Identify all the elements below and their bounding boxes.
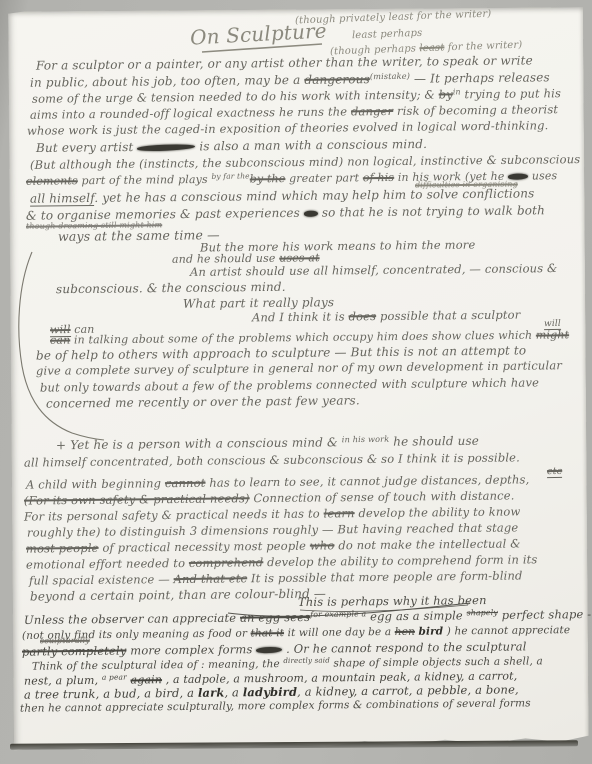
handwritten-line: An artist should use all himself, concen…	[190, 263, 558, 278]
handwritten-text: full spacial existence —	[29, 572, 174, 588]
handwritten-text: bird	[418, 625, 443, 637]
struck-word: comprehend	[189, 555, 264, 570]
handwritten-text: directly said	[283, 656, 330, 665]
handwritten-text: . yet he has a conscious mind which may …	[94, 186, 534, 205]
handwritten-text: (though privately least for the writer)	[295, 9, 492, 27]
struck-word: learn	[324, 506, 355, 520]
handwritten-line: beyond a certain point, than are colour-…	[30, 587, 326, 602]
handwritten-text: whose work is just the caged-in expositi…	[27, 118, 549, 137]
handwritten-text: , a	[224, 685, 243, 699]
handwritten-text: has to learn to see, it cannot judge dis…	[205, 472, 529, 489]
handwritten-text: egg as a simple	[366, 608, 466, 623]
struck-word: (For its own safety & practical needs)	[24, 491, 250, 507]
handwritten-line: For a sculptor or a painter, or any arti…	[36, 54, 533, 71]
handwritten-line: give a complete survey of sculpture in g…	[36, 360, 562, 377]
struck-word: most people	[26, 541, 99, 556]
handwritten-text: ways at the same time —	[58, 227, 220, 244]
handwritten-text: develop the ability to know	[355, 504, 521, 520]
handwritten-text: emotional effort needed to	[26, 556, 189, 572]
handwritten-text: all himself concentrated, both conscious…	[24, 450, 520, 469]
handwritten-text: in his work	[342, 433, 390, 443]
handwritten-text: . Or he cannot respond to the sculptural	[282, 639, 526, 656]
handwritten-text: in public, about his job, too often, may…	[30, 73, 304, 90]
handwritten-text: by far the	[211, 171, 249, 180]
struck-word: who	[310, 538, 335, 552]
handwritten-text: for the writer)	[444, 40, 522, 54]
handwritten-text: Connection of sense of touch with distan…	[250, 488, 515, 505]
handwritten-text: For its personal safety & practical need…	[24, 506, 324, 523]
handwritten-text: risk of becoming a theorist	[393, 102, 558, 118]
struck-word: difficulties in organising	[415, 179, 518, 189]
struck-word: shapely	[467, 608, 498, 617]
handwritten-text: he should use	[389, 434, 479, 449]
struck-word: again	[130, 673, 162, 686]
struck-word: elements	[26, 174, 78, 188]
scribble-blot	[137, 143, 195, 152]
handwritten-text: What part it really plays	[183, 295, 334, 311]
handwritten-text: shape of simple objects such a shell, a	[330, 655, 543, 669]
handwritten-line: And I think it is does possible that a s…	[252, 310, 520, 324]
handwritten-line: but only towards about a few of the prob…	[40, 377, 539, 394]
struck-word: least	[419, 42, 444, 54]
struck-word: an egg sees	[240, 610, 310, 625]
handwritten-line: in public, about his job, too often, may…	[30, 71, 550, 88]
struck-word: by the	[250, 172, 286, 185]
handwritten-text: subconscious. & the conscious mind.	[56, 280, 286, 296]
handwritten-text: Think of the sculptural idea of : meanin…	[32, 658, 283, 673]
handwritten-text: it will one day be a	[284, 626, 395, 639]
handwritten-text: all himself	[30, 191, 95, 207]
handwritten-text: concerned me recently or over the past f…	[46, 393, 360, 410]
handwritten-text: is also a man with a conscious mind.	[195, 137, 427, 153]
struck-word: dangerous	[304, 72, 370, 87]
struck-word: of his	[363, 171, 394, 184]
struck-word: by	[439, 87, 453, 101]
handwritten-text: beyond a certain point, than are colour-…	[30, 586, 326, 603]
struck-word: cannot	[165, 476, 206, 490]
handwritten-line: all himself. yet he has a conscious mind…	[30, 187, 535, 204]
handwritten-text: but only towards about a few of the prob…	[40, 375, 539, 394]
handwritten-text: for example a	[310, 609, 366, 619]
handwritten-text: An artist should use all himself, concen…	[190, 261, 558, 279]
handwritten-text: possible that a sculptor	[376, 308, 520, 324]
handwritten-line: etc	[547, 467, 562, 477]
handwritten-line: What part it really plays	[183, 296, 334, 310]
handwritten-line: difficulties in organising	[415, 180, 518, 189]
handwritten-line: But every artist is also a man with a co…	[36, 138, 427, 154]
handwritten-text: lark	[198, 685, 225, 699]
handwritten-text: But every artist	[36, 140, 138, 155]
handwritten-text: so that he is not trying to walk both	[318, 203, 545, 219]
handwritten-line: all himself concentrated, both conscious…	[24, 452, 520, 469]
handwritten-text: ladybird	[243, 685, 297, 700]
struck-word: etc	[547, 466, 562, 478]
handwritten-text: , a kidney, a carrot, a pebble, a bone,	[297, 682, 519, 698]
handwritten-text: & to organise memories & past experience…	[26, 206, 304, 223]
handwritten-line: ways at the same time —	[58, 229, 220, 243]
struck-word: that it	[251, 627, 285, 639]
handwritten-text: do not make the intellectual &	[334, 536, 520, 552]
handwritten-text: (mistake)	[370, 70, 410, 80]
handwritten-line: least perhaps	[352, 29, 423, 41]
handwritten-text: + Yet he is a person with a conscious mi…	[56, 435, 342, 452]
handwritten-line: (But although the (instincts, the subcon…	[30, 154, 580, 171]
handwritten-text: greater part	[285, 171, 363, 185]
handwritten-text: — It perhaps releases	[410, 70, 550, 85]
handwritten-text: part of the mind plays	[78, 173, 212, 187]
struck-word: And that etc	[174, 571, 248, 586]
handwritten-text: of practical necessity most people	[99, 539, 310, 555]
handwritten-line: whose work is just the caged-in expositi…	[27, 120, 549, 137]
handwritten-line: + Yet he is a person with a conscious mi…	[56, 435, 479, 451]
scanned-document: On Sculpture(though privately least for …	[0, 0, 592, 764]
handwritten-text: aims into a rounded-off logical exactnes…	[30, 104, 351, 121]
struck-word: hen	[395, 626, 415, 638]
handwritten-text: in	[453, 87, 461, 96]
manuscript-lines: On Sculpture(though privately least for …	[0, 0, 592, 764]
scribble-blot	[256, 647, 282, 654]
struck-word: might	[536, 328, 569, 341]
handwritten-text: And I think it is	[252, 309, 349, 324]
handwritten-line: This is perhaps why it has been	[298, 595, 487, 608]
handwritten-text: Unless the observer can appreciate	[24, 611, 240, 627]
handwritten-text: A child with beginning	[26, 476, 165, 491]
handwritten-text: develop the ability to comprehend form i…	[263, 552, 537, 569]
handwritten-line: subconscious. & the conscious mind.	[56, 281, 286, 295]
struck-word: danger	[351, 104, 393, 118]
handwritten-text: ) he cannot appreciate	[443, 624, 570, 637]
handwritten-text: a pear	[102, 672, 127, 681]
handwritten-text: more complex forms	[126, 642, 256, 657]
handwritten-line: concerned me recently or over the past f…	[46, 394, 360, 409]
handwritten-text: uses	[528, 169, 557, 182]
struck-word: can	[50, 334, 70, 347]
handwritten-text: some of the urge & tension needed to do …	[32, 88, 439, 106]
handwritten-line: (though privately least for the writer)	[295, 10, 492, 27]
handwritten-text: perfect shape -	[498, 607, 592, 622]
struck-word: does	[348, 309, 376, 323]
scribble-blot	[304, 210, 318, 217]
handwritten-text: nest, a plum,	[24, 674, 102, 688]
handwritten-text: least perhaps	[352, 28, 423, 41]
handwritten-text: trying to put his	[461, 86, 561, 101]
handwritten-text: It is possible that more people are form…	[247, 568, 522, 585]
handwritten-text: This is perhaps why it has been	[298, 593, 487, 609]
struck-word: partly completely	[22, 644, 127, 659]
handwritten-text: a tree trunk, a bud, a bird, a	[24, 686, 198, 702]
handwritten-line: & to organise memories & past experience…	[26, 204, 545, 221]
handwritten-line: full spacial existence — And that etc It…	[29, 570, 523, 587]
handwritten-text: For a sculptor or a painter, or any arti…	[36, 53, 533, 72]
